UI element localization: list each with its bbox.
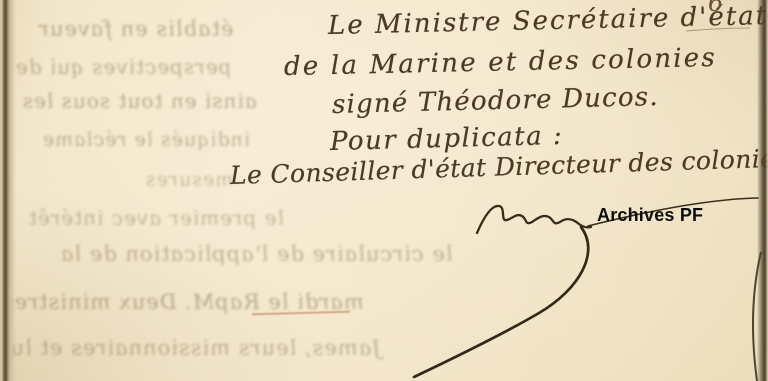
manuscript-line-marine-colonies: de la Marine et des colonies	[284, 43, 717, 82]
bleed-through-line: James, leurs missionnaires et lui	[1, 336, 382, 360]
bleed-through-line: le circulaire de l'application de la	[59, 242, 454, 266]
bleed-through-line: établis en faveur	[37, 17, 235, 41]
archives-stamp-label: Archives PF	[597, 205, 703, 226]
signature-scribble	[477, 206, 591, 233]
manuscript-line-signed-ducos: signé Théodore Ducos.	[332, 82, 659, 120]
page-edge-left	[0, 0, 16, 381]
manuscript-page: établis en faveur perspectives qui de ai…	[0, 0, 768, 381]
manuscript-line-minister-title: Le Ministre Secrétaire d'état	[328, 1, 768, 41]
bleed-through-line: ainsi en tout sous les	[21, 89, 258, 113]
bleed-through-line: indiqués le réclame	[41, 129, 251, 151]
bleed-through-line: mesures	[144, 169, 235, 191]
bleed-through-line: mardi le RapM. Deux ministres	[1, 290, 365, 314]
page-edge-right	[756, 0, 768, 381]
bleed-through-line: le premier avec intérêt	[27, 206, 286, 230]
bleed-through-line: perspectives qui de	[14, 55, 233, 79]
page-number-partial: 6	[708, 0, 723, 17]
